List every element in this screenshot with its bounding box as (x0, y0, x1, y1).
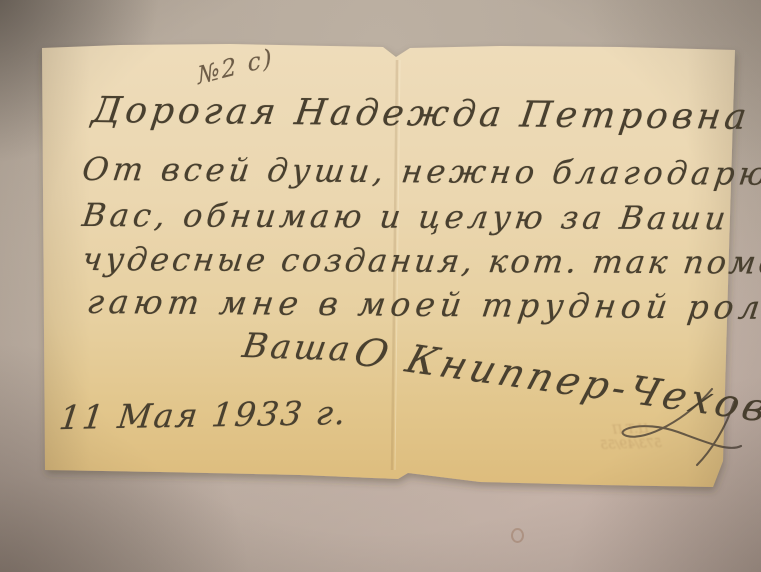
background-blemish (511, 528, 524, 543)
letter-line: Вас, обнимаю и целую за Ваши (80, 196, 732, 237)
archival-mark-line: 573/49/55 (600, 436, 662, 453)
closing-word: Ваша (240, 326, 356, 370)
photo-of-letter: №2 с) Дорогая Надежда Петровна От всей д… (0, 0, 761, 572)
letter-line: гают мне в моей трудной роли. (85, 282, 761, 327)
letter-line: чудесные создания, кот. так помо- (80, 240, 761, 282)
archival-mark: Ц.Т.П 573/49/55 (599, 421, 662, 453)
letter-line: От всей души, нежно благодарю (80, 150, 761, 193)
date-line: 11 Мая 1933 г. (57, 393, 350, 437)
salutation-line: Дорогая Надежда Петровна (90, 90, 753, 138)
